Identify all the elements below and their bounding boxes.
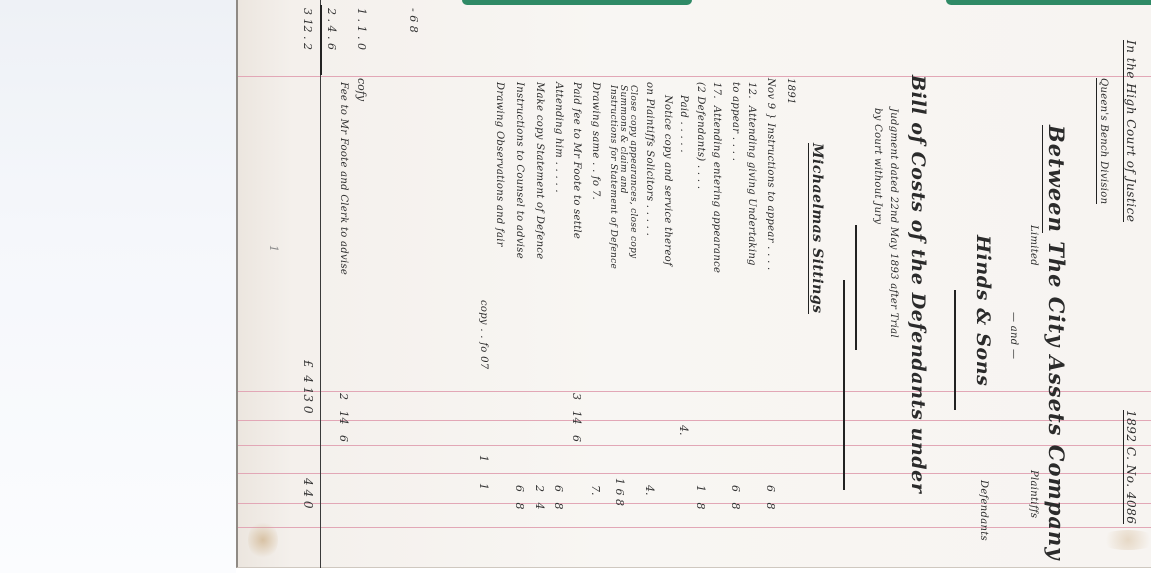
entry-amount: 1 1 xyxy=(478,455,489,490)
case-number: 1892 C. No. 4086 xyxy=(1123,410,1137,524)
entry-amount: 4. xyxy=(644,485,655,496)
plaintiff-company: The City Assets Company xyxy=(1044,241,1069,560)
entry-row: (2 Defendants) . . . . xyxy=(695,82,705,189)
entry-row: Paid fee to Mr Foote to settle xyxy=(571,82,581,239)
bill-subtitle-2: by Court without Jury xyxy=(872,108,882,224)
costs-total: 4 4 0 xyxy=(302,478,314,509)
subtitle-rule-1 xyxy=(855,225,857,350)
entry-amount: 7. xyxy=(590,485,601,496)
plaintiff-limited: Limited xyxy=(1028,225,1038,266)
margin-figure: 2 . 4 . 6 xyxy=(326,8,337,50)
entry-row: on Plaintiffs Solicitors . . . . . xyxy=(644,82,654,236)
entry-row: Summons & claim and xyxy=(618,85,627,194)
paid-amount: 3 14 6 xyxy=(571,393,582,442)
entry-row: Make copy Statement of Defence xyxy=(534,82,544,259)
ruling-line xyxy=(238,76,1151,77)
entry-row: Instructions for Statement of Defence xyxy=(608,85,617,269)
ruling-line xyxy=(238,420,1151,421)
entry-row: Fee to Mr Foote and Clerk to advise xyxy=(338,82,348,275)
ruling-line xyxy=(238,473,1151,474)
green-ribbon-left xyxy=(462,0,692,5)
defendant-role: Defendants xyxy=(978,480,988,541)
ruling-line xyxy=(238,527,1151,528)
entry-row: 12. Attending giving Undertaking xyxy=(746,82,756,266)
plaintiff-name: Between The City Assets Company xyxy=(1046,125,1067,561)
entry-row: Close copy appearances, close copy xyxy=(628,85,637,259)
paid-total: £ 4 13 0 xyxy=(302,360,314,413)
and-label: — and — xyxy=(1008,312,1018,359)
paid-amount: 2 14 6 xyxy=(338,393,349,442)
ruling-line xyxy=(238,445,1151,446)
ruling-line xyxy=(238,391,1151,392)
subtitle-rule-2 xyxy=(843,280,845,490)
scanner-background xyxy=(0,0,236,573)
entry-row: Attending him . . . . . xyxy=(553,82,563,193)
entry-row: Drawing Observations and fair xyxy=(494,82,504,247)
entry-amount: 6 8 xyxy=(553,485,564,510)
entry-amount: 1 6 8 xyxy=(614,478,625,506)
entry-row: Instructions to Counsel to advise xyxy=(514,82,524,259)
court-name: In the High Court of Justice xyxy=(1123,40,1137,222)
defendant-name: Hinds & Sons xyxy=(973,235,992,386)
bill-title: Bill of Costs of the Defendants under xyxy=(908,75,927,493)
bill-subtitle-1: Judgment dated 22nd May 1893 after Trial xyxy=(888,108,898,338)
document-page: In the High Court of Justice Queen's Ben… xyxy=(236,0,1151,568)
division-name: Queen's Bench Division xyxy=(1096,78,1108,204)
entry-row: Paid . . . . . xyxy=(678,95,688,153)
between-label: Between xyxy=(1042,125,1069,233)
entry-amount: 2 4 xyxy=(534,485,545,510)
paper-stain xyxy=(1098,530,1151,550)
entry-amount: 1 8 xyxy=(695,485,706,510)
entry-row: Nov 9 } Instructions to appear . . . . xyxy=(765,78,775,271)
margin-sum-rule xyxy=(320,5,322,75)
entry-row: to appear . . . . xyxy=(730,82,740,161)
entry-amount: 6 8 xyxy=(730,485,741,510)
entry-row: Notice copy and service thereof xyxy=(662,95,672,266)
year-note: 1891 xyxy=(785,78,795,105)
stray-mark: 1 xyxy=(268,245,279,252)
margin-note: cofy xyxy=(356,78,367,101)
entry-amount: 6 8 xyxy=(514,485,525,510)
entry-amount: 6 8 xyxy=(765,485,776,510)
entry-row: copy . . fo 07 xyxy=(478,300,488,369)
section-heading: Michaelmas Sittings xyxy=(808,143,824,314)
margin-figure: 1 . 1 . 0 xyxy=(356,8,367,50)
paper-stain xyxy=(248,520,278,560)
margin-figure: - 6 8 xyxy=(408,8,419,33)
paid-amount: 4. xyxy=(678,425,689,436)
margin-figure: 3 12 . 2 xyxy=(302,8,313,50)
green-ribbon-right xyxy=(946,0,1151,5)
plaintiff-role: Plaintiffs xyxy=(1028,470,1038,518)
entry-row: 17. Attending entering appearance xyxy=(711,82,721,273)
title-rule xyxy=(954,290,956,410)
column-separator xyxy=(320,0,321,568)
entry-row: Drawing same . . fo 7. xyxy=(590,82,600,200)
